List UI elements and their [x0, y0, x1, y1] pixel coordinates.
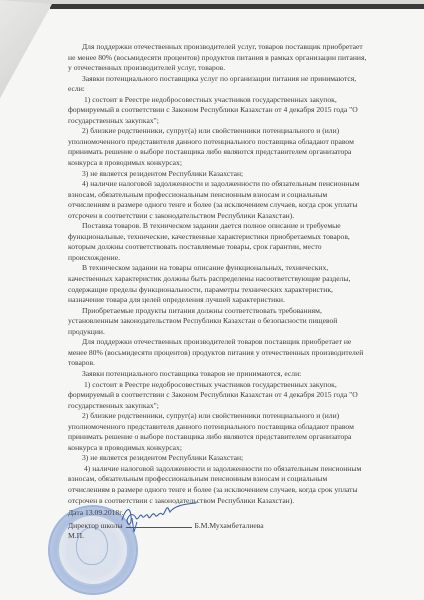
services-condition-2: 2) близкие родственники, супруг(а) или с…: [68, 126, 368, 168]
paragraph-goods-support: Для поддержки отечественных производител…: [68, 337, 368, 369]
paragraph-food-safety: Приобретаемые продукты питания должны со…: [68, 306, 368, 338]
handwritten-signature-icon: [118, 498, 198, 534]
paragraph-services-rejection: Заявки потенциального поставщика услуг п…: [68, 74, 368, 95]
paragraph-goods-supply: Поставка товаров. В техническом задании …: [68, 221, 368, 263]
paragraph-services-support: Для поддержки отечественных производител…: [68, 42, 368, 74]
goods-condition-1: 1) состоит в Реестре недобросовестных уч…: [68, 380, 368, 412]
services-condition-4: 4) наличие налоговой задолженности и зад…: [68, 179, 368, 221]
services-condition-1: 1) состоит в Реестре недобросовестных уч…: [68, 95, 368, 127]
paragraph-technical-spec: В техническом задании на товары описание…: [68, 263, 368, 305]
signature-block: Дата 13.09.2018г. Директор школы Б.М.Мух…: [68, 508, 368, 542]
goods-condition-3: 3) не является резидентом Республики Каз…: [68, 453, 368, 464]
paragraph-goods-rejection: Заявки потенциального поставщика товаров…: [68, 369, 368, 380]
signatory-name: Б.М.Мухамбеталиева: [194, 521, 263, 532]
document-body: Для поддержки отечественных производител…: [68, 42, 368, 506]
signatory-position: Директор школы: [68, 521, 122, 532]
goods-condition-4: 4) наличие налоговой задолженности и зад…: [68, 464, 368, 506]
services-condition-3: 3) не является резидентом Республики Каз…: [68, 169, 368, 180]
scan-edge-shadow: [50, 4, 424, 9]
signature-row: Директор школы Б.М.Мухамбеталиева: [68, 519, 368, 532]
signature-date: Дата 13.09.2018г.: [68, 508, 368, 519]
goods-condition-2: 2) близкие родственники, супруг(а) или с…: [68, 411, 368, 453]
seal-placeholder-label: М.П.: [68, 531, 368, 542]
